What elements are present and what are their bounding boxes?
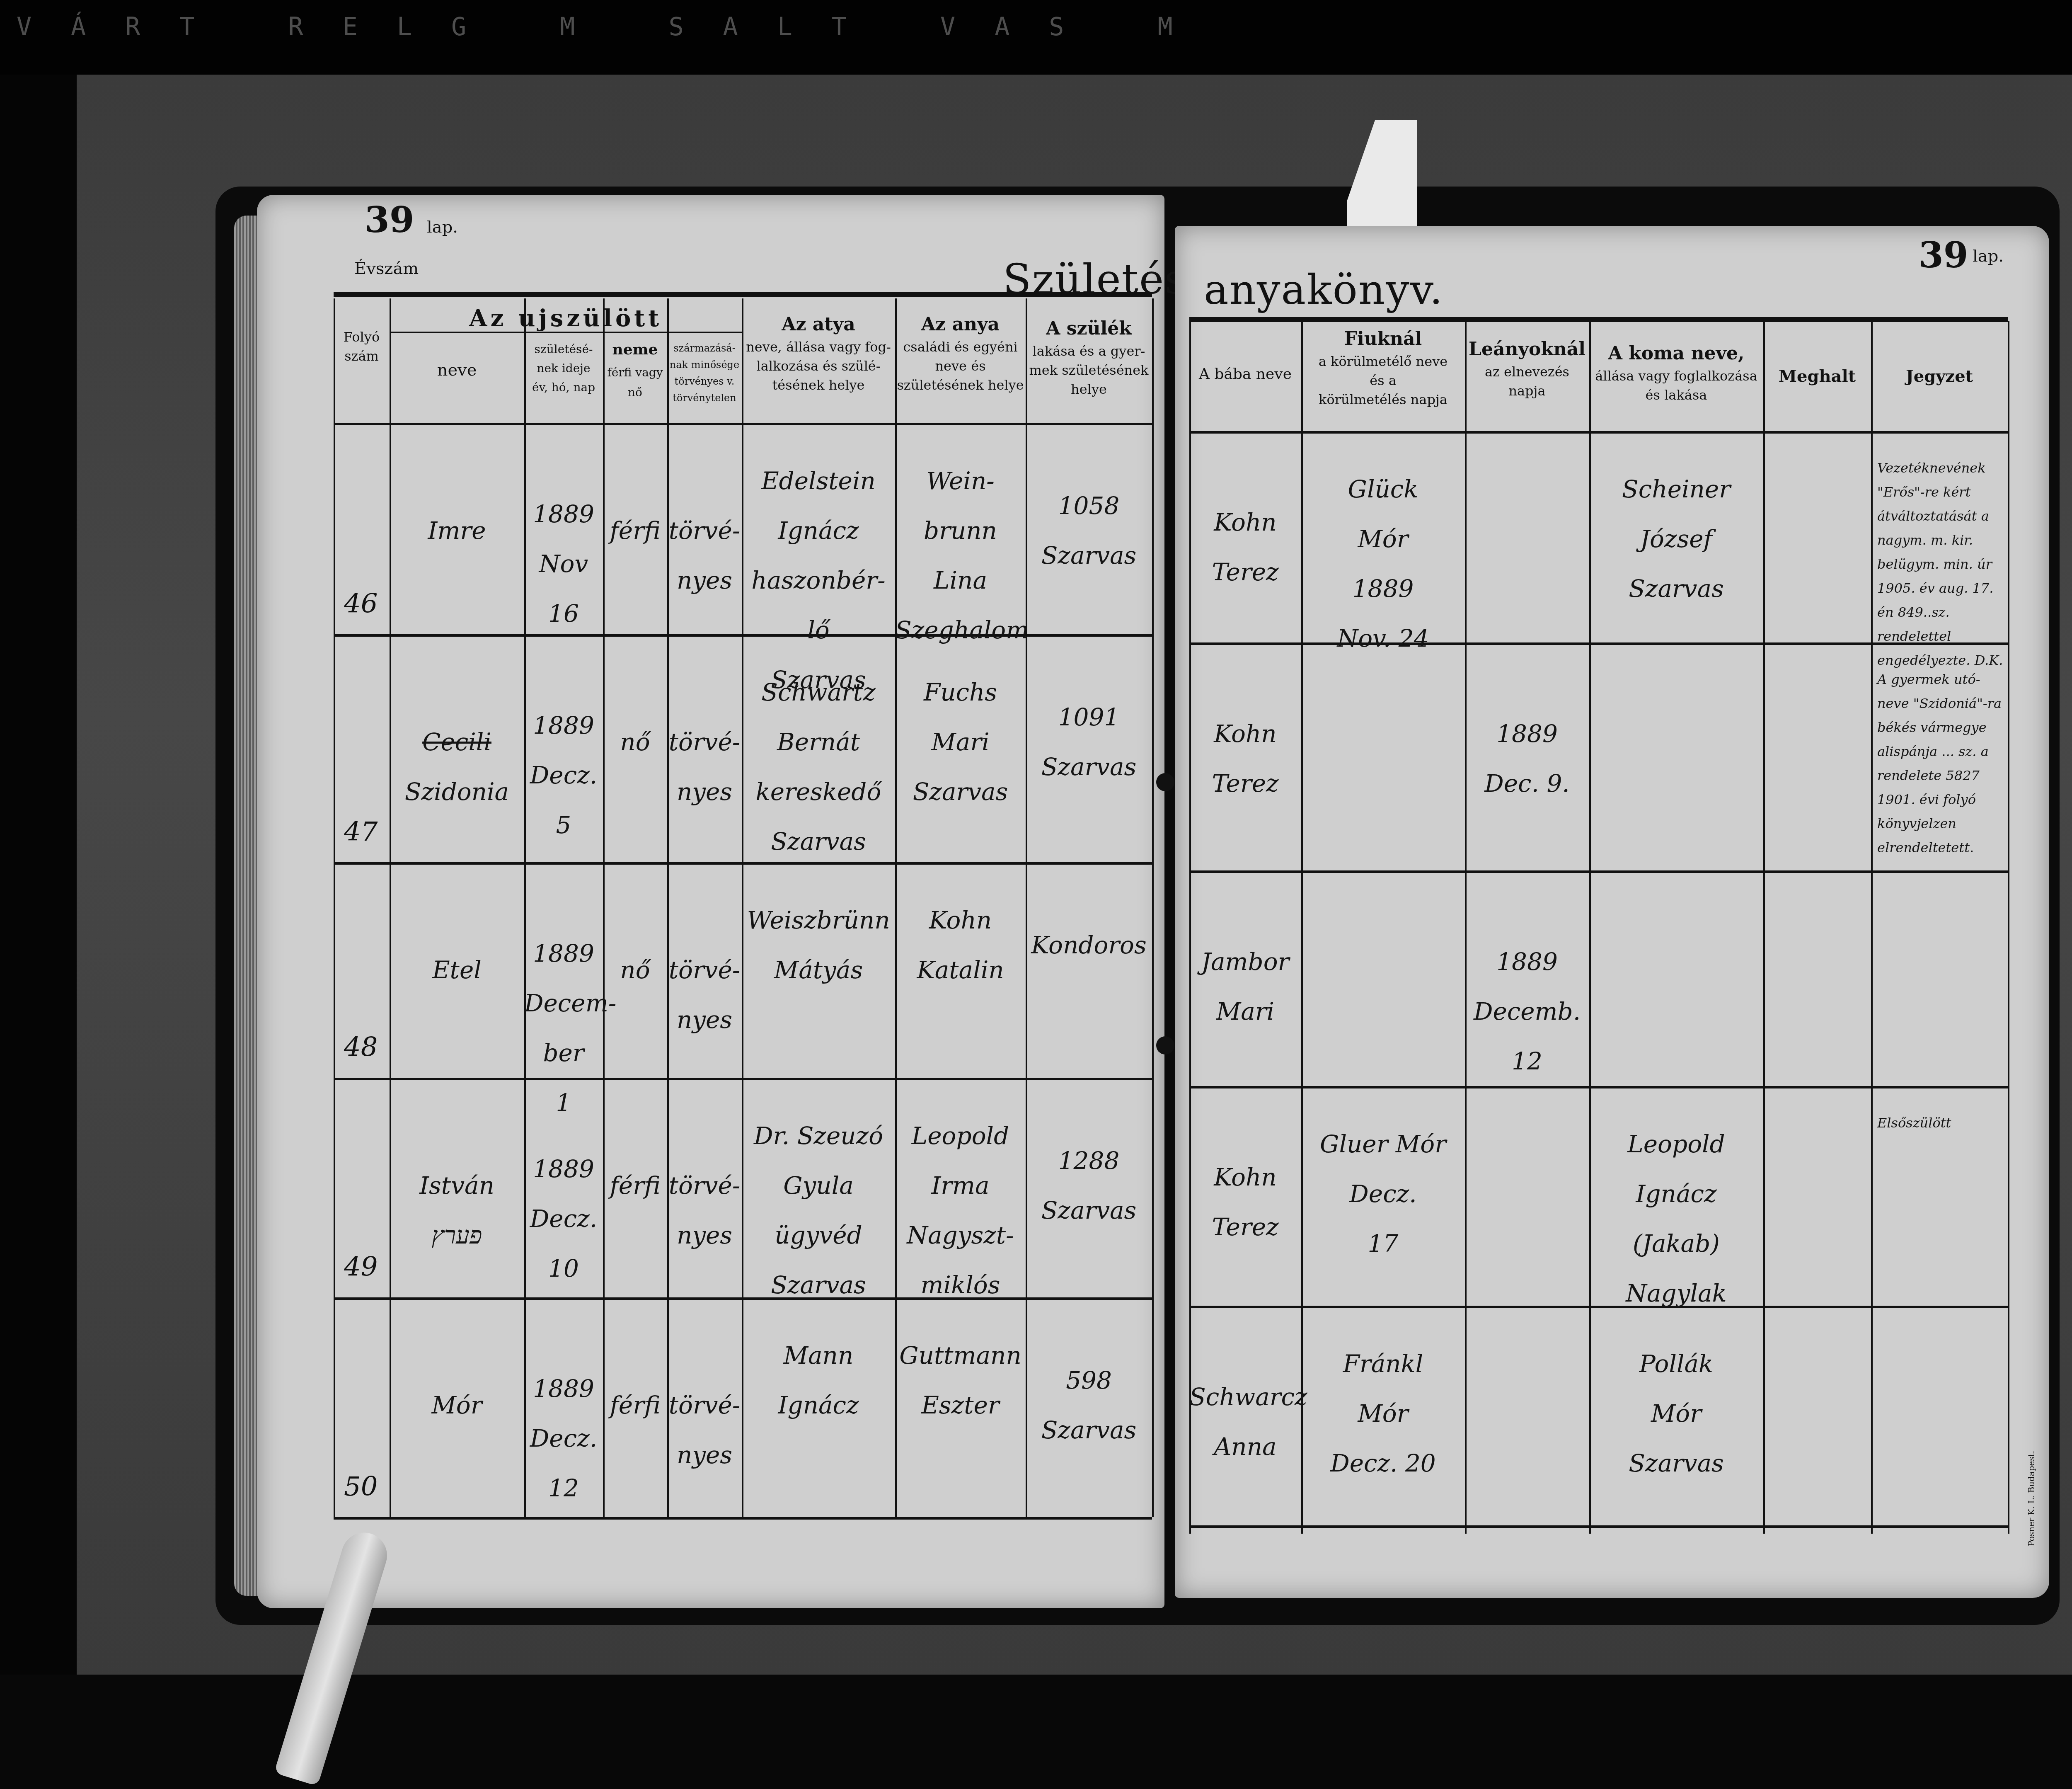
birth-date: 1889 Decem- ber 1 [524,928,603,1078]
col-header-sex: neme férfi vagy nő [603,340,667,402]
birth-date: 1889 Decz. 12 [524,1364,603,1517]
row-divider [1189,870,2008,873]
col-header-parents-residence: A szülék lakása és a gyer- mek születésé… [1026,319,1152,399]
father: Dr. Szeuzó Gyula ügyvéd Szarvas [742,1111,895,1297]
col-header-legitimacy: származásá- nak minősége törvényes v. tö… [667,340,742,406]
godparent [1589,676,1763,862]
father: Edelstein Ignácz haszonbér- lő Szarvas [742,456,895,634]
legitimacy: törvé- nyes [667,506,742,634]
col-header-midwife: A bába neve [1189,365,1301,384]
birth-date: 1889 Decz. 5 [524,701,603,862]
col-header-naming-main: Leányoknál [1465,340,1589,359]
note [1877,895,2004,1078]
row-divider [334,1078,1152,1080]
column-divider [2008,321,2009,1534]
column-divider [603,298,605,1517]
column-divider [1871,321,1873,1534]
entry-number: 47 [344,817,378,847]
legitimacy: törvé- nyes [667,717,742,862]
binding-clip-upper [1156,773,1174,791]
note [1877,1331,2004,1517]
newborn-name: Etel [390,945,524,1078]
column-divider [390,298,391,1517]
col-header-mother-sub: családi és egyéni neve és születésének h… [897,339,1024,393]
sex: nő [603,717,667,862]
column-divider [667,298,669,1517]
parents-residence: Kondoros [1026,920,1152,1078]
left-page-suffix: lap. [427,218,458,237]
legitimacy: törvé- nyes [667,945,742,1078]
circumciser: Fránkl Mór Decz. 20 [1301,1339,1465,1517]
col-header-godparent-sub: állása vagy foglalkozása és lakása [1595,368,1757,403]
col-header-sex-main: neme [603,340,667,359]
midwife: Kohn Terez [1189,709,1301,862]
parents-residence: 1091 Szarvas [1026,692,1152,862]
circumciser: Glück Mór 1889 Nov. 24 [1301,464,1465,634]
right-page-suffix: lap. [1973,247,2004,266]
died [1763,676,1871,862]
midwife: Kohn Terez [1189,497,1301,634]
col-header-circumciser-sub: a körülmetélő neve és a körülmetélés nap… [1319,354,1447,407]
parents-residence: 598 Szarvas [1026,1355,1152,1517]
col-header-sex-sub: férfi vagy nő [607,366,663,399]
entry-number: 48 [344,1032,378,1063]
entry-number: 49 [344,1252,378,1282]
left-page-number: 39 [365,199,414,241]
header-rule-right [1189,317,2008,322]
mother: Fuchs Mari Szarvas [895,667,1026,862]
film-edge-label: VÁRT RELG M SALT VAS M [0,0,2072,75]
col-header-naming: Leányoknál az elnevezés napja [1465,340,1589,400]
year-label: Évszám [354,259,419,278]
mother: Leopold Irma Nagyszt- miklós [895,1111,1026,1297]
naming-date: 1889 Decemb. 12 [1465,937,1589,1078]
note: Elsőszülött [1877,1111,2004,1297]
col-header-naming-sub: az elnevezés napja [1485,364,1569,399]
col-header-circumciser: Fiuknál a körülmetélő neve és a körülmet… [1301,330,1465,409]
godparent: Pollák Mór Szarvas [1589,1339,1763,1517]
died [1763,464,1871,634]
entry-number: 46 [344,589,378,619]
right-page-number: 39 [1919,234,1968,276]
godparent: Scheiner József Szarvas [1589,464,1763,634]
godparent [1589,904,1763,1078]
sex: férfi [603,1380,667,1517]
circumciser: Gluer Mór Decz. 17 [1301,1119,1465,1297]
col-header-serial: Folyó szám [334,327,390,366]
legitimacy: törvé- nyes [667,1161,742,1297]
father: Mann Ignácz [742,1331,895,1517]
printer-imprint: Posner K. L. Budapest. [2026,1451,2036,1547]
mother: Wein- brunn Lina Szeghalom [895,456,1026,634]
col-header-name: neve [390,361,524,380]
naming-date [1465,1152,1589,1297]
newborn-name: Imre [390,506,524,634]
col-header-note: Jegyzet [1871,367,2008,386]
midwife: Kohn Terez [1189,1152,1301,1297]
midwife: Schwarcz Anna [1189,1372,1301,1517]
header-rule-left [334,292,1152,297]
row-divider [1189,431,2008,434]
col-header-birth-date: születésé- nek ideje év, hó, nap [524,340,603,397]
sex: férfi [603,506,667,634]
newborn-name: István פערץ [390,1161,524,1297]
died [1763,1339,1871,1517]
group-rule [390,332,742,333]
circumciser [1301,676,1465,862]
row-divider [334,423,1152,425]
entry-number: 50 [344,1471,378,1502]
binding-clip-lower [1156,1036,1174,1054]
parents-residence: 1288 Szarvas [1026,1136,1152,1297]
died [1763,904,1871,1078]
col-header-father: Az atya neve, állása vagy fog- lalkozása… [742,315,895,395]
row-divider [1189,1306,2008,1308]
legitimacy: törvé- nyes [667,1380,742,1517]
father: Schwartz Bernát kereskedő Szarvas [742,667,895,862]
newborn-name: Szidonia [390,767,524,862]
parents-residence: 1058 Szarvas [1026,481,1152,634]
column-divider [1152,298,1154,1517]
col-header-residence-sub: lakása és a gyer- mek születésének helye [1029,343,1149,397]
mother: Guttmann Eszter [895,1331,1026,1517]
died [1763,1119,1871,1297]
col-header-residence-main: A szülék [1026,319,1152,338]
row-divider [334,1297,1152,1300]
mother: Kohn Katalin [895,895,1026,1078]
row-divider [1189,1086,2008,1088]
naming-date: 1889 Dec. 9. [1465,709,1589,862]
newborn-name: Mór [390,1380,524,1517]
birth-date: 1889 Nov 16 [524,489,603,634]
godparent: Leopold Ignácz (Jakab) Nagylak [1589,1119,1763,1297]
row-divider [1189,1525,2008,1528]
col-header-circumciser-main: Fiuknál [1301,330,1465,349]
group-header-newborn: Az ujszülött [390,305,742,332]
midwife: Jambor Mari [1189,937,1301,1078]
col-header-father-sub: neve, állása vagy fog- lalkozása és szül… [746,339,891,393]
naming-date [1465,497,1589,634]
col-header-father-main: Az atya [742,315,895,334]
col-header-mother: Az anya családi és egyéni neve és szület… [895,315,1026,395]
col-header-died: Meghalt [1763,367,1871,386]
birth-date: 1889 Decz. 10 [524,1144,603,1297]
row-divider [334,862,1152,865]
struck-name: Cecili [390,717,524,759]
row-divider [334,634,1152,637]
col-header-godparent: A koma neve, állása vagy foglalkozása és… [1589,344,1763,405]
father: Weiszbrünn Mátyás [742,895,895,1078]
column-divider [524,298,526,1517]
naming-date [1465,1372,1589,1517]
circumciser [1301,904,1465,1078]
sex: nő [603,945,667,1078]
sex: férfi [603,1161,667,1297]
row-divider [334,1517,1152,1520]
note: A gyermek utó-neve "Szidoniá"-ra békés v… [1877,667,2004,862]
column-divider [334,298,335,1517]
note: Vezetéknevének "Erős"-re kért átváltozta… [1877,456,2004,634]
col-header-mother-main: Az anya [895,315,1026,334]
col-header-godparent-main: A koma neve, [1589,344,1763,363]
register-title-right: anyakönyv. [1204,265,1443,314]
